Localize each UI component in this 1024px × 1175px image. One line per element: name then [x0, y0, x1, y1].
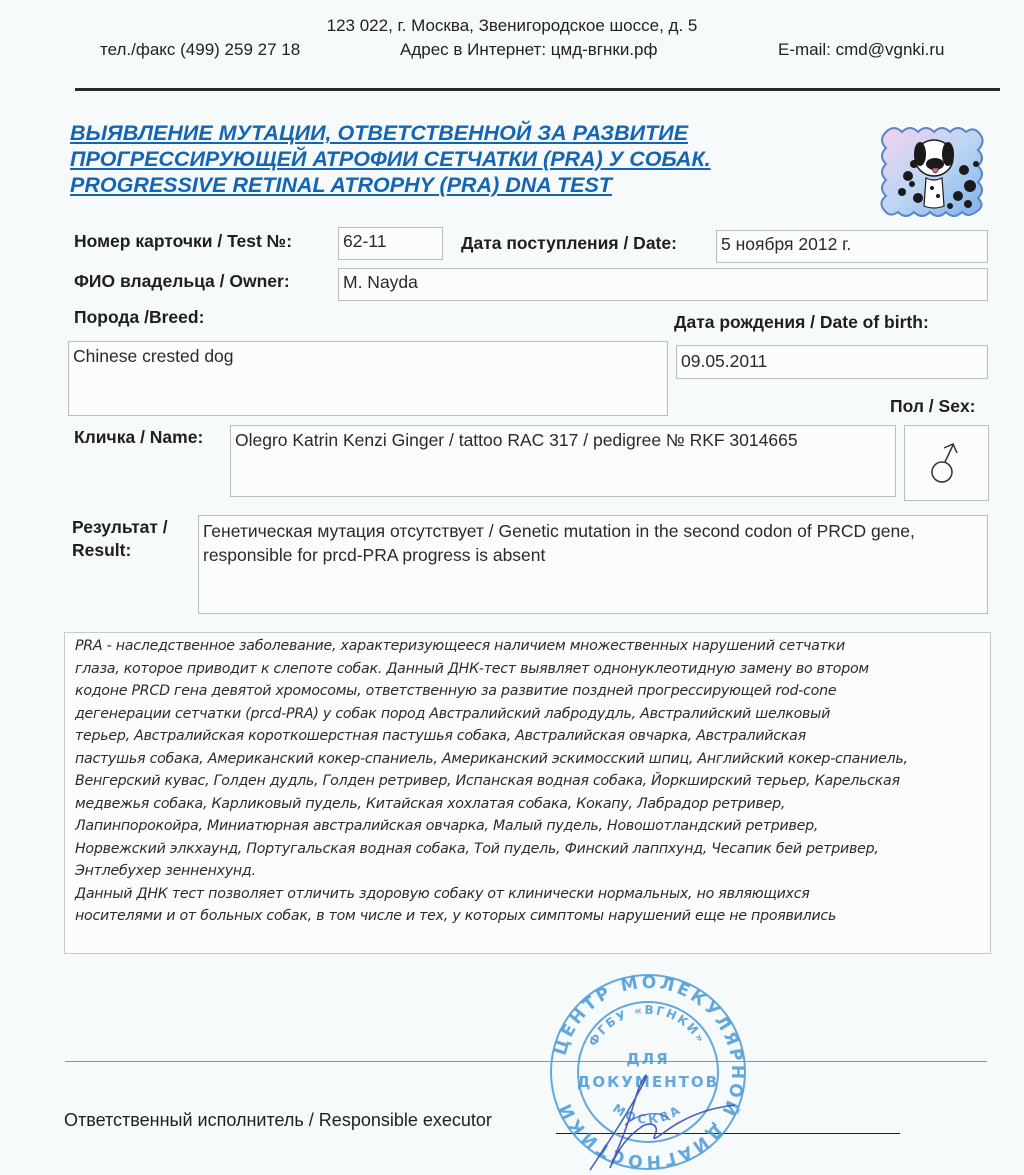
description-line: терьер, Австралийская короткошерстная па… [75, 725, 990, 748]
document-title: ВЫЯВЛЕНИЕ МУТАЦИИ, ОТВЕТСТВЕННОЙ ЗА РАЗВ… [70, 120, 860, 198]
description-line: Лапинпорокойра, Миниатюрная австралийска… [75, 815, 990, 838]
description-line: пастушья собака, Американский кокер-спан… [75, 748, 990, 771]
description-line: Данный ДНК тест позволяет отличить здоро… [75, 883, 990, 906]
result-label-line-2: Result: [72, 540, 131, 561]
date-received-field: 5 ноября 2012 г. [716, 230, 988, 263]
sex-label: Пол / Sex: [890, 396, 976, 417]
description-line: глаза, которое приводит к слепоте собак.… [75, 658, 990, 681]
male-symbol-icon [930, 439, 964, 487]
breed-field: Chinese crested dog [68, 341, 668, 416]
footer-divider [65, 1061, 987, 1062]
breed-label: Порода /Breed: [74, 307, 204, 328]
date-of-birth-field: 09.05.2011 [676, 345, 988, 379]
test-number-label: Номер карточки / Test №: [74, 231, 292, 252]
description-line: медвежья собака, Карликовый пудель, Кита… [75, 793, 990, 816]
description-line: PRA - наследственное заболевание, характ… [75, 635, 990, 658]
description-line: Энтлебухер зенненхунд. [75, 860, 990, 883]
owner-label: ФИО владельца / Owner: [74, 271, 290, 292]
signature-icon [570, 1050, 740, 1175]
org-phone: тел./факс (499) 259 27 18 [100, 40, 300, 60]
executor-label: Ответственный исполнитель / Responsible … [64, 1110, 492, 1131]
org-name-clipped [390, 0, 840, 6]
description-line: Норвежский элкхаунд, Португальская водна… [75, 838, 990, 861]
org-website: Адрес в Интернет: цмд-вгнки.рф [400, 40, 658, 60]
title-line-1: ВЫЯВЛЕНИЕ МУТАЦИИ, ОТВЕТСТВЕННОЙ ЗА РАЗВ… [70, 120, 860, 146]
date-received-label: Дата поступления / Date: [461, 233, 677, 254]
description-line: дегенерации сетчатки (prcd-PRA) у собак … [75, 703, 990, 726]
result-label-line-1: Результат / [72, 517, 168, 538]
test-description: PRA - наследственное заболевание, характ… [64, 632, 991, 954]
dalmatian-puppy-stamp-icon [872, 120, 1000, 222]
org-address: 123 022, г. Москва, Звенигородское шоссе… [0, 16, 1024, 36]
description-line: кодоне PRCD гена девятой хромосомы, отве… [75, 680, 990, 703]
document-page: 123 022, г. Москва, Звенигородское шоссе… [0, 0, 1024, 1175]
name-field: Olegro Katrin Kenzi Ginger / tattoo RAC … [230, 425, 896, 497]
org-email: E-mail: cmd@vgnki.ru [778, 40, 945, 60]
title-line-3: PROGRESSIVE RETINAL ATROPHY (PRA) DNA TE… [70, 172, 860, 198]
owner-field: M. Nayda [338, 268, 988, 301]
date-of-birth-label: Дата рождения / Date of birth: [674, 312, 929, 333]
test-number-field: 62-11 [338, 227, 443, 260]
result-field: Генетическая мутация отсутствует / Genet… [198, 515, 988, 614]
svg-text:ФГБУ «ВГНКИ»: ФГБУ «ВГНКИ» [586, 1003, 709, 1049]
name-label: Кличка / Name: [74, 427, 203, 448]
title-line-2: ПРОГРЕССИРУЮЩЕЙ АТРОФИИ СЕТЧАТКИ (PRA) У… [70, 146, 860, 172]
sex-field [904, 425, 989, 501]
description-line: Венгерский кувас, Голден дудль, Голден р… [75, 770, 990, 793]
description-line: носителями и от больных собак, в том чис… [75, 905, 990, 928]
header-divider [75, 88, 1000, 91]
